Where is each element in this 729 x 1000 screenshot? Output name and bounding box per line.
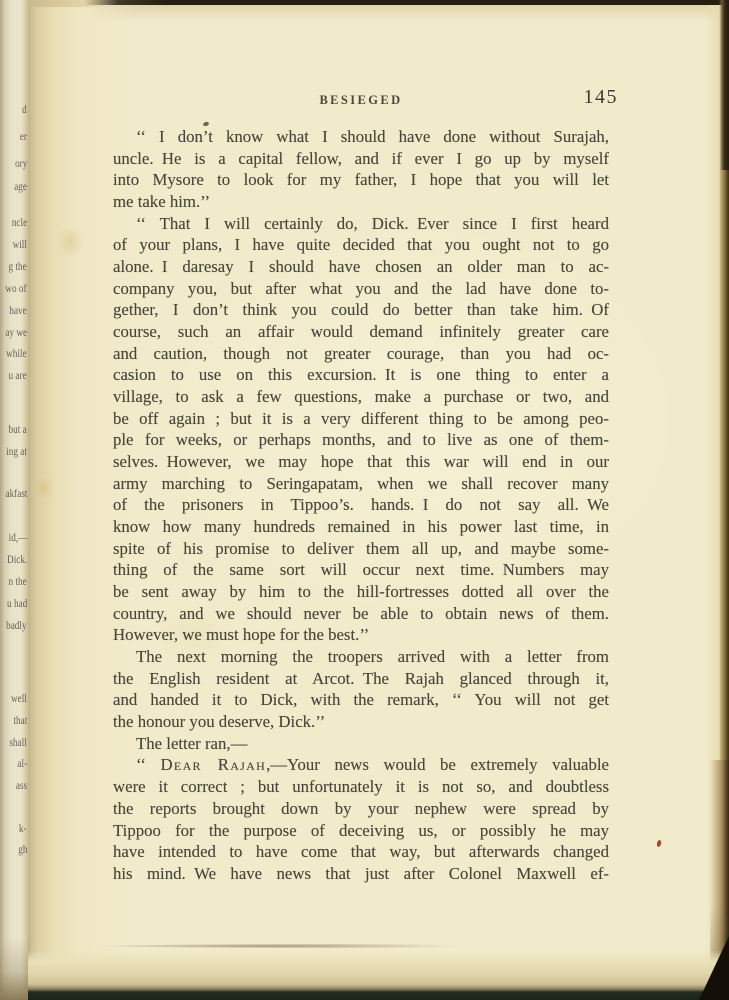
edge-text-fragment: ass	[16, 780, 27, 792]
edge-text-fragment: u are	[9, 370, 27, 382]
text-line: know how many hundreds remained in his p…	[113, 516, 609, 538]
edge-text-fragment: but a	[9, 424, 27, 436]
text-line: be off again ; but it is a very differen…	[113, 408, 609, 430]
edge-text-fragment: wo of	[6, 283, 27, 295]
text-line: into Mysore to look for my father, I hop…	[113, 169, 609, 191]
edge-text-fragment: u had	[7, 598, 27, 610]
edge-text-fragment: ncle	[12, 217, 27, 229]
text-line: village, to ask a few questions, make a …	[113, 386, 609, 408]
edge-text-fragment: ory	[15, 158, 27, 170]
edge-text-fragment: well	[11, 693, 27, 705]
paragraph: ‘‘ That I will certainly do, Dick. Ever …	[113, 213, 609, 646]
text-line: and caution, though not greater courage,…	[113, 343, 609, 365]
text-line: selves. However, we may hope that this w…	[113, 451, 609, 473]
edge-text-fragment: will	[13, 239, 27, 251]
edge-text-fragment: age	[14, 181, 27, 193]
edge-text-fragment: shall	[10, 737, 27, 749]
text-line: ple for weeks, or perhaps months, and to…	[113, 429, 609, 451]
edge-text-fragment: id,—	[8, 532, 27, 544]
book-photo: BESIEGED 145 ‘‘ I don’t know what I shou…	[0, 0, 729, 1000]
text-line: The letter ran,—	[113, 733, 609, 755]
text-line: Tippoo for the purpose of deceiving us, …	[113, 820, 609, 842]
text-line: his mind. We have news that just after C…	[113, 863, 609, 885]
text-line: alone. I daresay I should have chosen an…	[113, 256, 609, 278]
book-cover-top-edge	[84, 0, 729, 5]
edge-text-fragment: have	[10, 305, 27, 317]
page-stain	[56, 226, 84, 258]
edge-text-fragment: while	[7, 348, 27, 360]
text-line: spite of his promise to deliver them all…	[113, 538, 609, 560]
text-line: company you, but after what you and the …	[113, 278, 609, 300]
paragraph: The next morning the troopers arrived wi…	[113, 646, 609, 733]
text-line: were it correct ; but unfortunately it i…	[113, 776, 609, 798]
edge-text-fragment: badly	[7, 620, 27, 632]
paragraph: The letter ran,—	[113, 733, 609, 755]
text-line: be sent away by him to the hill-fortress…	[113, 581, 609, 603]
page-header: BESIEGED 145	[113, 86, 609, 110]
text-line: uncle. He is a capital fellow, and if ev…	[113, 148, 609, 170]
text-line: However, we must hope for the best.’’	[113, 624, 609, 646]
paragraph: ‘‘ Dear Rajah,—Your news would be extrem…	[113, 754, 609, 884]
edge-text-fragment: ing at	[6, 446, 27, 458]
text-line: course, such an affair would demand infi…	[113, 321, 609, 343]
edge-text-fragment: k-	[19, 823, 27, 835]
edge-text-fragment: d	[22, 104, 27, 116]
text-line: the honour you deserve, Dick.’’	[113, 711, 609, 733]
text-line: gether, I don’t think you could do bette…	[113, 299, 609, 321]
page-number: 145	[584, 86, 619, 109]
text-line: have intended to have come that way, but…	[113, 841, 609, 863]
text-line: ‘‘ That I will certainly do, Dick. Ever …	[113, 213, 609, 235]
edge-text-fragment: al-	[17, 758, 27, 770]
edge-text-fragment: er	[20, 131, 27, 143]
edge-text-fragment: g the	[9, 261, 27, 273]
text-line: the reports brought down by your nephew …	[113, 798, 609, 820]
edge-text-fragment: gh	[18, 844, 27, 856]
edge-text-fragment: n the	[9, 576, 27, 588]
edge-text-fragment: akfast	[5, 488, 27, 500]
edge-text-fragment: ay we	[5, 327, 27, 339]
page-stain	[34, 476, 54, 500]
previous-page-edge: deroryagenclewillg thewo ofhaveay wewhil…	[0, 0, 30, 1000]
page-stack-bottom	[28, 950, 729, 1000]
text-segment: ‘‘	[136, 755, 161, 774]
text-line: The next morning the troopers arrived wi…	[113, 646, 609, 668]
book-cover-right-edge-dark	[720, 0, 729, 170]
text-line: and handed it to Dick, with the remark, …	[113, 689, 609, 711]
text-line: of the prisoners in Tippoo’s. hands. I d…	[113, 494, 609, 516]
edge-text-fragment: Dick.	[7, 554, 27, 566]
text-segment: ,—Your news would be extremely valuable	[266, 755, 609, 774]
text-line: me take him.’’	[113, 191, 609, 213]
text-line: country, and we should never be able to …	[113, 603, 609, 625]
page-bottom-fold-shadow	[105, 944, 665, 948]
text-line: the English resident at Arcot. The Rajah…	[113, 668, 609, 690]
letter-salutation: Dear Rajah	[161, 755, 267, 774]
edge-text-fragment: that	[13, 715, 27, 727]
text-line: ‘‘ Dear Rajah,—Your news would be extrem…	[113, 754, 609, 776]
text-line: casion to use on this excursion. It is o…	[113, 364, 609, 386]
running-title: BESIEGED	[113, 93, 609, 108]
paragraph: ‘‘ I don’t know what I should have done …	[113, 126, 609, 213]
text-line: of your plans, I have quite decided that…	[113, 234, 609, 256]
text-block: ‘‘ I don’t know what I should have done …	[113, 126, 609, 885]
text-line: army marching to Seringapatam, when we s…	[113, 473, 609, 495]
previous-page-edge-shadow	[0, 938, 30, 1000]
text-line: thing of the same sort will occur next t…	[113, 559, 609, 581]
text-line: ‘‘ I don’t know what I should have done …	[113, 126, 609, 148]
